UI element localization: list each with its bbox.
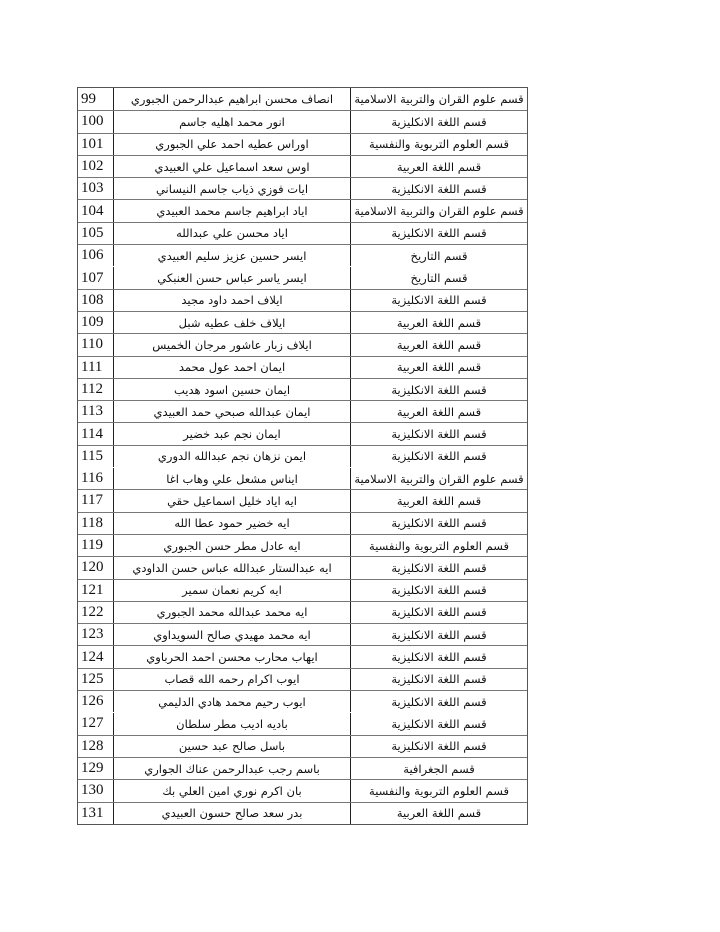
table-row: 127باديه اديب مطر سلطانقسم اللغة الانكلي… (78, 712, 527, 734)
student-name-cell: ايوب رحيم محمد هادي الدليمي (114, 691, 351, 712)
row-number-cell: 114 (78, 423, 114, 444)
department-cell: قسم اللغة الانكليزية (351, 111, 527, 132)
department-cell: قسم اللغة العربية (351, 803, 527, 824)
student-name-cell: ايناس مشعل علي وهاب اغا (114, 468, 351, 489)
department-cell: قسم اللغة الانكليزية (351, 557, 527, 578)
row-number-cell: 113 (78, 401, 114, 422)
department-cell: قسم اللغة الانكليزية (351, 713, 527, 734)
department-cell: قسم اللغة الانكليزية (351, 379, 527, 400)
department-cell: قسم اللغة العربية (351, 357, 527, 378)
row-number-cell: 105 (78, 223, 114, 244)
table-row: 108ايلاف احمد داود مجيدقسم اللغة الانكلي… (78, 289, 527, 311)
table-row: 100انور محمد اهليه جاسمقسم اللغة الانكلي… (78, 110, 527, 132)
row-number-cell: 118 (78, 513, 114, 534)
table-row: 101اوراس عطيه احمد علي الجبوريقسم العلوم… (78, 133, 527, 155)
student-name-cell: ايلاف خلف عطيه شبل (114, 312, 351, 333)
student-name-cell: ايمان عبدالله صبحي حمد العبيدي (114, 401, 351, 422)
table-row: 122ايه محمد عبدالله محمد الجبوريقسم اللغ… (78, 601, 527, 623)
table-row: 131بدر سعد صالح حسون العبيديقسم اللغة ال… (78, 802, 527, 824)
student-name-cell: ايه عادل مطر حسن الجبوري (114, 535, 351, 556)
student-name-cell: ايوب اكرام رحمه الله قصاب (114, 669, 351, 690)
row-number-cell: 99 (78, 88, 114, 110)
department-cell: قسم اللغة الانكليزية (351, 223, 527, 244)
student-name-cell: بان اكرم نوري امين العلي بك (114, 780, 351, 801)
table-row: 116ايناس مشعل علي وهاب اغاقسم علوم القرا… (78, 467, 527, 489)
department-cell: قسم العلوم التربوية والنفسية (351, 134, 527, 155)
student-name-cell: اوس سعد اسماعيل علي العبيدي (114, 156, 351, 177)
table-row: 128باسل صالح عبد حسينقسم اللغة الانكليزي… (78, 735, 527, 757)
row-number-cell: 101 (78, 134, 114, 155)
row-number-cell: 125 (78, 669, 114, 690)
department-cell: قسم اللغة الانكليزية (351, 580, 527, 601)
row-number-cell: 100 (78, 111, 114, 132)
row-number-cell: 117 (78, 490, 114, 511)
row-number-cell: 127 (78, 713, 114, 734)
department-cell: قسم اللغة الانكليزية (351, 602, 527, 623)
table-row: 126ايوب رحيم محمد هادي الدليميقسم اللغة … (78, 690, 527, 712)
student-name-cell: ايه كريم نعمان سمير (114, 580, 351, 601)
student-name-cell: ايمان احمد عول محمد (114, 357, 351, 378)
table-row: 107ايسر ياسر عباس حسن العنبكيقسم التاريخ (78, 266, 527, 288)
student-name-cell: ايلاف زبار عاشور مرجان الخميس (114, 334, 351, 355)
table-row: 118ايه خضير حمود عطا اللهقسم اللغة الانك… (78, 512, 527, 534)
table-row: 103ايات فوزي ذياب جاسم النيسانيقسم اللغة… (78, 177, 527, 199)
table-row: 130بان اكرم نوري امين العلي بكقسم العلوم… (78, 779, 527, 801)
table-row: 125ايوب اكرام رحمه الله قصابقسم اللغة ال… (78, 668, 527, 690)
row-number-cell: 128 (78, 736, 114, 757)
row-number-cell: 111 (78, 357, 114, 378)
student-name-cell: اياد ابراهيم جاسم محمد العبيدي (114, 200, 351, 221)
table-row: 124ايهاب محارب محسن احمد الحرباويقسم الل… (78, 645, 527, 667)
row-number-cell: 106 (78, 245, 114, 266)
student-name-cell: ايمن نزهان نجم عبدالله الدوري (114, 446, 351, 467)
student-name-cell: ايه محمد مهيدي صالح السويداوي (114, 624, 351, 645)
row-number-cell: 110 (78, 334, 114, 355)
student-department-table: 99انصاف محسن ابراهيم عبدالرحمن الجبوريقس… (77, 87, 528, 825)
document-page: 99انصاف محسن ابراهيم عبدالرحمن الجبوريقس… (0, 0, 720, 932)
department-cell: قسم اللغة العربية (351, 334, 527, 355)
row-number-cell: 108 (78, 290, 114, 311)
department-cell: قسم علوم القران والتربية الاسلامية (351, 468, 527, 489)
table-row: 129باسم رجب عبدالرحمن عناك الجواريقسم ال… (78, 757, 527, 779)
student-name-cell: ايه اياد خليل اسماعيل حقي (114, 490, 351, 511)
table-row: 112ايمان حسين اسود هديبقسم اللغة الانكلي… (78, 378, 527, 400)
department-cell: قسم اللغة العربية (351, 156, 527, 177)
department-cell: قسم الجغرافية (351, 758, 527, 779)
table-row: 123ايه محمد مهيدي صالح السويداويقسم اللغ… (78, 623, 527, 645)
row-number-cell: 103 (78, 178, 114, 199)
department-cell: قسم اللغة العربية (351, 401, 527, 422)
student-name-cell: ايلاف احمد داود مجيد (114, 290, 351, 311)
row-number-cell: 116 (78, 468, 114, 489)
student-name-cell: باسل صالح عبد حسين (114, 736, 351, 757)
student-name-cell: ايه عبدالستار عبدالله عباس حسن الداودي (114, 557, 351, 578)
table-row: 109ايلاف خلف عطيه شبلقسم اللغة العربية (78, 311, 527, 333)
table-row: 117ايه اياد خليل اسماعيل حقيقسم اللغة ال… (78, 489, 527, 511)
department-cell: قسم اللغة الانكليزية (351, 624, 527, 645)
department-cell: قسم اللغة الانكليزية (351, 423, 527, 444)
row-number-cell: 123 (78, 624, 114, 645)
student-name-cell: ايسر ياسر عباس حسن العنبكي (114, 267, 351, 288)
student-name-cell: انور محمد اهليه جاسم (114, 111, 351, 132)
row-number-cell: 126 (78, 691, 114, 712)
department-cell: قسم اللغة العربية (351, 490, 527, 511)
department-cell: قسم العلوم التربوية والنفسية (351, 535, 527, 556)
row-number-cell: 131 (78, 803, 114, 824)
table-row: 104اياد ابراهيم جاسم محمد العبيديقسم علو… (78, 199, 527, 221)
student-name-cell: ايات فوزي ذياب جاسم النيساني (114, 178, 351, 199)
department-cell: قسم اللغة الانكليزية (351, 513, 527, 534)
student-name-cell: باسم رجب عبدالرحمن عناك الجواري (114, 758, 351, 779)
row-number-cell: 122 (78, 602, 114, 623)
student-name-cell: اياد محسن علي عبدالله (114, 223, 351, 244)
student-name-cell: باديه اديب مطر سلطان (114, 713, 351, 734)
table-row: 115ايمن نزهان نجم عبدالله الدوريقسم اللغ… (78, 445, 527, 467)
row-number-cell: 130 (78, 780, 114, 801)
department-cell: قسم التاريخ (351, 245, 527, 266)
student-name-cell: ايهاب محارب محسن احمد الحرباوي (114, 646, 351, 667)
row-number-cell: 102 (78, 156, 114, 177)
department-cell: قسم اللغة الانكليزية (351, 178, 527, 199)
row-number-cell: 115 (78, 446, 114, 467)
table-row: 120ايه عبدالستار عبدالله عباس حسن الداود… (78, 556, 527, 578)
row-number-cell: 120 (78, 557, 114, 578)
student-name-cell: ايسر حسين عزيز سليم العبيدي (114, 245, 351, 266)
row-number-cell: 124 (78, 646, 114, 667)
student-name-cell: ايه محمد عبدالله محمد الجبوري (114, 602, 351, 623)
department-cell: قسم اللغة العربية (351, 312, 527, 333)
row-number-cell: 112 (78, 379, 114, 400)
department-cell: قسم التاريخ (351, 267, 527, 288)
department-cell: قسم اللغة الانكليزية (351, 646, 527, 667)
department-cell: قسم العلوم التربوية والنفسية (351, 780, 527, 801)
row-number-cell: 104 (78, 200, 114, 221)
table-row: 121ايه كريم نعمان سميرقسم اللغة الانكليز… (78, 579, 527, 601)
department-cell: قسم اللغة الانكليزية (351, 446, 527, 467)
department-cell: قسم علوم القران والتربية الاسلامية (351, 88, 527, 110)
student-name-cell: انصاف محسن ابراهيم عبدالرحمن الجبوري (114, 88, 351, 110)
row-number-cell: 129 (78, 758, 114, 779)
row-number-cell: 119 (78, 535, 114, 556)
student-name-cell: ايه خضير حمود عطا الله (114, 513, 351, 534)
department-cell: قسم علوم القران والتربية الاسلامية (351, 200, 527, 221)
student-name-cell: بدر سعد صالح حسون العبيدي (114, 803, 351, 824)
table-row: 114ايمان نجم عبد خضيرقسم اللغة الانكليزي… (78, 422, 527, 444)
table-row: 110ايلاف زبار عاشور مرجان الخميسقسم اللغ… (78, 333, 527, 355)
table-row: 119ايه عادل مطر حسن الجبوريقسم العلوم ال… (78, 534, 527, 556)
department-cell: قسم اللغة الانكليزية (351, 736, 527, 757)
table-row: 111ايمان احمد عول محمدقسم اللغة العربية (78, 356, 527, 378)
department-cell: قسم اللغة الانكليزية (351, 290, 527, 311)
department-cell: قسم اللغة الانكليزية (351, 669, 527, 690)
table-row: 99انصاف محسن ابراهيم عبدالرحمن الجبوريقس… (78, 88, 527, 110)
table-row: 106ايسر حسين عزيز سليم العبيديقسم التاري… (78, 244, 527, 266)
student-name-cell: اوراس عطيه احمد علي الجبوري (114, 134, 351, 155)
table-row: 105اياد محسن علي عبداللهقسم اللغة الانكل… (78, 222, 527, 244)
department-cell: قسم اللغة الانكليزية (351, 691, 527, 712)
table-row: 102اوس سعد اسماعيل علي العبيديقسم اللغة … (78, 155, 527, 177)
table-row: 113ايمان عبدالله صبحي حمد العبيديقسم الل… (78, 400, 527, 422)
student-name-cell: ايمان نجم عبد خضير (114, 423, 351, 444)
row-number-cell: 121 (78, 580, 114, 601)
student-name-cell: ايمان حسين اسود هديب (114, 379, 351, 400)
row-number-cell: 109 (78, 312, 114, 333)
row-number-cell: 107 (78, 267, 114, 288)
